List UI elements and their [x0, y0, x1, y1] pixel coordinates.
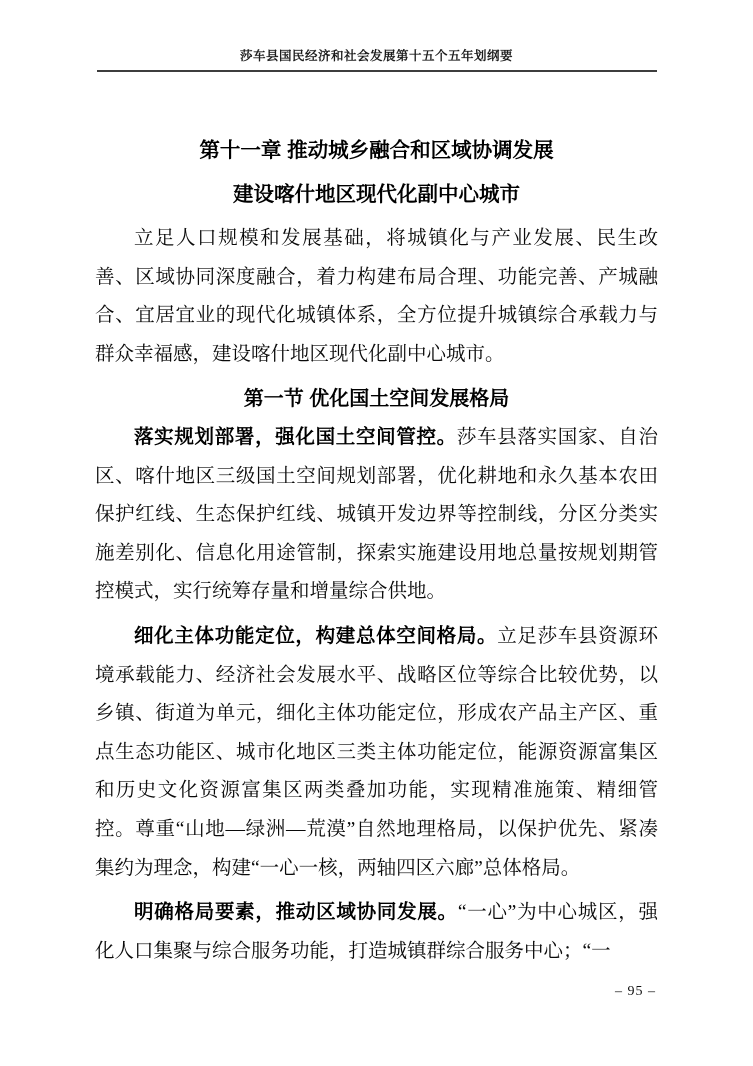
chapter-title: 第十一章 推动城乡融合和区域协调发展: [95, 136, 658, 166]
paragraph-lead: 落实规划部署，强化国土空间管控。: [134, 427, 457, 448]
page-number: – 95 –: [615, 984, 656, 1000]
running-header: 莎车县国民经济和社会发展第十五个五年划纲要: [0, 46, 753, 64]
paragraph-regional-coordination: 明确格局要素，推动区域协同发展。“一心”为中心城区，强化人口集聚与综合服务功能，…: [95, 894, 658, 971]
paragraph-planning-control: 落实规划部署，强化国土空间管控。莎车县落实国家、自治区、喀什地区三级国土空间规划…: [95, 419, 658, 612]
paragraph-body: 立足莎车县资源环境承载能力、经济社会发展水平、战略区位等综合比较优势，以乡镇、街…: [95, 626, 658, 879]
paragraph-lead: 细化主体功能定位，构建总体空间格局。: [134, 626, 497, 647]
section-title: 第一节 优化国土空间发展格局: [95, 380, 658, 419]
paragraph-body: 莎车县落实国家、自治区、喀什地区三级国土空间规划部署，优化耕地和永久基本农田保护…: [95, 427, 658, 602]
paragraph-spatial-pattern: 细化主体功能定位，构建总体空间格局。立足莎车县资源环境承载能力、经济社会发展水平…: [95, 618, 658, 888]
intro-paragraph: 立足人口规模和发展基础，将城镇化与产业发展、民生改善、区域协同深度融合，着力构建…: [95, 220, 658, 374]
page-content: 第十一章 推动城乡融合和区域协调发展 建设喀什地区现代化副中心城市 立足人口规模…: [95, 136, 658, 977]
paragraph-lead: 明确格局要素，推动区域协同发展。: [134, 902, 458, 923]
chapter-subtitle: 建设喀什地区现代化副中心城市: [95, 180, 658, 210]
document-page: 莎车县国民经济和社会发展第十五个五年划纲要 第十一章 推动城乡融合和区域协调发展…: [0, 0, 753, 1066]
header-rule: [97, 70, 657, 72]
